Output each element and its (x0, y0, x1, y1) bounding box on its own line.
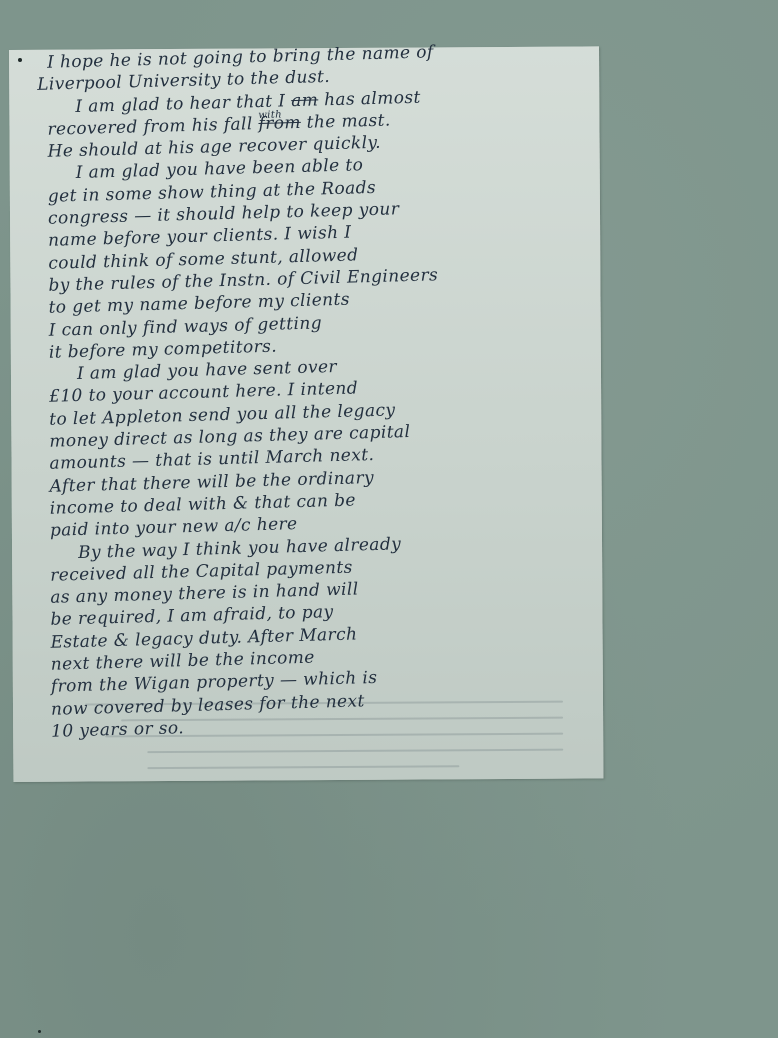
paper-speck (18, 58, 22, 62)
line-text: the mast. (306, 110, 391, 132)
background-speck (38, 1030, 41, 1033)
struck-word: am (291, 90, 319, 111)
line-text: has almost (324, 87, 421, 110)
inserted-word: with (258, 104, 282, 127)
letter-body: I hope he is not going to bring the name… (47, 48, 601, 743)
letter-page: I hope he is not going to bring the name… (9, 46, 603, 782)
